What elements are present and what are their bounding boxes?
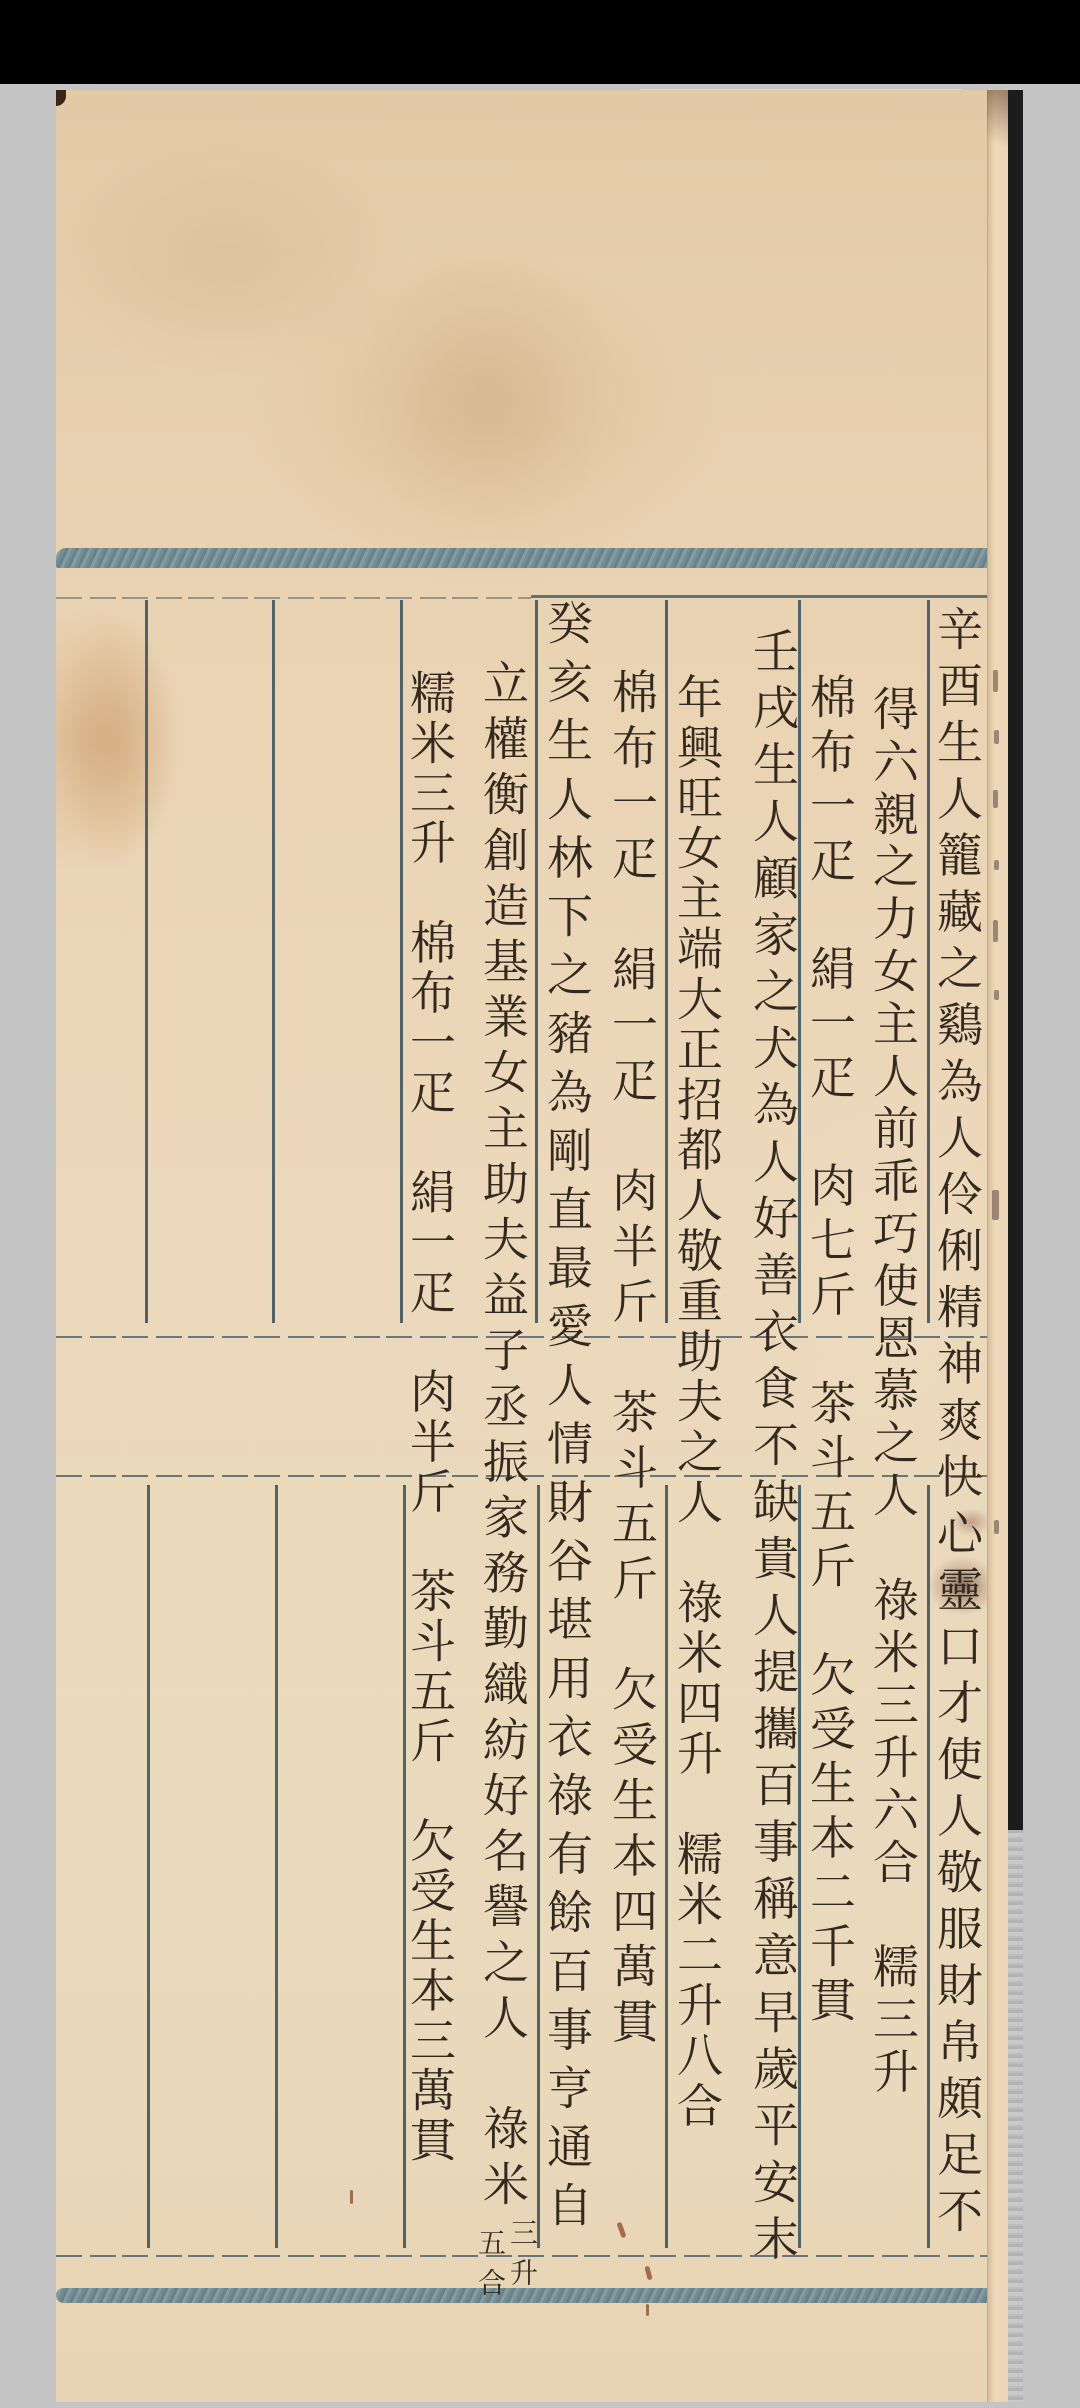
margin-fragment-mark <box>993 790 998 808</box>
entry-renxu-line-2: 年興旺女主端大正招都人敬重助夫之人 祿米四升 糯米二升八合 <box>674 673 720 2132</box>
entry-guihai-line-3: 糯米三升 棉布一疋 絹一疋 肉半斤 茶斗五斤 欠受生本三萬貫 <box>407 669 453 2166</box>
entry-renxu-line-3: 棉布一疋 絹一疋 肉半斤 茶斗五斤 欠受生本四萬貫 <box>609 668 655 2053</box>
column-rule <box>147 1485 150 2248</box>
top-border-band <box>56 548 987 568</box>
book-edge-lower <box>1008 1830 1023 2402</box>
top-rule-left <box>56 597 531 599</box>
entry-xinyou-line-1: 辛酉生人籠藏之鷄為人伶俐精神爽快心靈口才使人敬服財帛頗足不 <box>934 605 980 2244</box>
top-rule-right <box>531 595 990 598</box>
entry-xinyou-line-3: 棉布一疋 絹一疋 肉七斤 茶斗五斤 欠受生本二千貫 <box>807 673 853 2031</box>
page-fold <box>987 90 1008 2402</box>
margin-fragment-mark <box>993 920 998 942</box>
entry-guihai-line-1: 癸亥生人林下之豬為剛直最愛人情財谷堪用衣祿有餘百事亨通自 <box>544 599 590 2240</box>
column-rule <box>535 600 538 1323</box>
page-corner-shadow <box>56 90 66 106</box>
column-rule <box>275 1485 278 2248</box>
ink-speck <box>646 2304 649 2316</box>
margin-fragment-mark <box>994 990 999 1000</box>
page-fold-shadow <box>987 90 1008 180</box>
ink-speck <box>644 2266 652 2281</box>
entry-guihai-line-2: 立權衡創造基業女主助夫益子丞振家務勤織紡好名譽之人 祿米 <box>480 659 526 2216</box>
ink-speck <box>350 2190 353 2204</box>
water-stain <box>356 240 616 540</box>
margin-fragment-mark <box>994 860 999 870</box>
water-stain <box>56 610 176 870</box>
entry-guihai-annotation-left: 五合 <box>476 2228 504 2308</box>
margin-fragment-mark <box>992 1190 999 1220</box>
column-rule <box>665 600 668 1323</box>
column-rule <box>145 600 148 1323</box>
entry-xinyou-line-2: 得六親之力女主人前乖巧使恩慕之人 祿米三升六合 糯三升 <box>870 685 916 2100</box>
margin-fragment-mark <box>994 730 999 744</box>
entry-renxu-line-1: 壬戌生人顧家之犬為人好善衣食不缺貴人提攜百事稱意早歲平安末 <box>750 627 796 2271</box>
ink-speck <box>616 2222 626 2239</box>
status-bar <box>0 0 1080 84</box>
margin-fragment-mark <box>994 1520 999 1534</box>
margin-fragment-mark <box>993 670 998 692</box>
entry-guihai-annotation-right: 三升 <box>508 2218 536 2298</box>
column-rule <box>272 600 275 1323</box>
column-rule <box>665 1485 668 2248</box>
manuscript-photo[interactable]: 辛酉生人籠藏之鷄為人伶俐精神爽快心靈口才使人敬服財帛頗足不 得六親之力女主人前乖… <box>56 90 1008 2402</box>
book-edge-shadow <box>1008 90 1023 1830</box>
